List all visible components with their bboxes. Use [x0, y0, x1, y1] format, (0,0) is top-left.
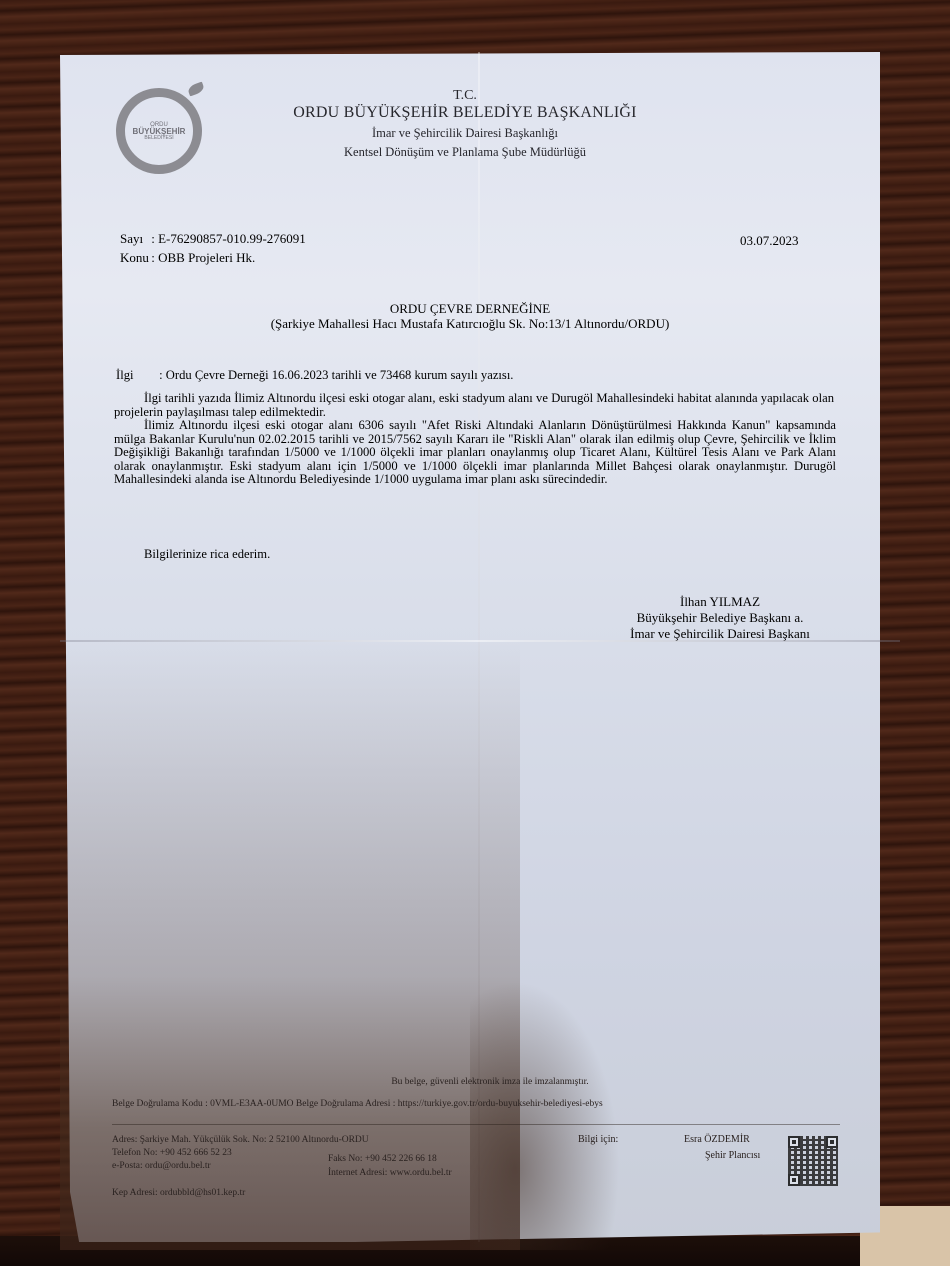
- header-department: İmar ve Şehircilik Dairesi Başkanlığı: [250, 126, 680, 141]
- footer-fax: Faks No: +90 452 226 66 18: [328, 1153, 437, 1166]
- info-label: Bilgi için:: [578, 1134, 618, 1147]
- e-signature-note: Bu belge, güvenli elektronik imza ile im…: [250, 1077, 730, 1087]
- qr-finder-icon: [826, 1136, 838, 1148]
- closing-line: Bilgilerinize rica ederim.: [144, 547, 270, 562]
- contact-title: Şehir Plancısı: [705, 1150, 760, 1163]
- contact-name: Esra ÖZDEMİR: [684, 1134, 750, 1147]
- reference-text: : Ordu Çevre Derneği 16.06.2023 tarihli …: [159, 368, 513, 382]
- sayi-label: Sayı: [120, 231, 148, 247]
- header-organization: ORDU BÜYÜKŞEHİR BELEDİYE BAŞKANLIĞI: [250, 104, 680, 122]
- footer-kep[interactable]: Kep Adresi: ordubbld@hs01.kep.tr: [112, 1187, 245, 1200]
- vertical-fold-line: [478, 52, 480, 1242]
- municipality-logo-icon: ORDU BÜYÜKŞEHİR BELEDİYESİ: [116, 88, 202, 174]
- body-paragraph-2: İlimiz Altınordu ilçesi eski otogar alan…: [114, 419, 836, 487]
- recipient-name: ORDU ÇEVRE DERNEĞİNE: [200, 301, 740, 317]
- konu-label: Konu: [120, 250, 148, 266]
- sayi-value: : E-76290857-010.99-276091: [151, 231, 306, 246]
- footer-website[interactable]: İnternet Adresi: www.ordu.bel.tr: [328, 1167, 452, 1180]
- recipient-address: (Şarkiye Mahallesi Hacı Mustafa Katırcıo…: [200, 316, 740, 332]
- signatory-title-2: İmar ve Şehircilik Dairesi Başkanı: [600, 626, 840, 642]
- document-subject: Konu : OBB Projeleri Hk.: [120, 250, 255, 266]
- qr-finder-icon: [788, 1174, 800, 1186]
- reference-line: İlgi : Ordu Çevre Derneği 16.06.2023 tar…: [116, 368, 513, 383]
- document-date: 03.07.2023: [740, 233, 799, 249]
- body-paragraph-1: İlgi tarihli yazıda İlimiz Altınordu ilç…: [114, 392, 834, 419]
- qr-finder-icon: [788, 1136, 800, 1148]
- verification-line[interactable]: Belge Doğrulama Kodu : 0VML-E3AA-0UMO Be…: [112, 1099, 603, 1109]
- footer-email[interactable]: e-Posta: ordu@ordu.bel.tr: [112, 1160, 211, 1173]
- konu-value: : OBB Projeleri Hk.: [151, 250, 255, 265]
- reference-label: İlgi: [116, 368, 156, 383]
- footer-separator: [112, 1124, 840, 1125]
- footer-address: Adres: Şarkiye Mah. Yükçülük Sok. No: 2 …: [112, 1134, 369, 1147]
- footer-phone: Telefon No: +90 452 666 52 23: [112, 1147, 232, 1160]
- signatory-name: İlhan YILMAZ: [600, 594, 840, 610]
- document-number: Sayı : E-76290857-010.99-276091: [120, 231, 306, 247]
- logo-text-belediyesi: BELEDİYESİ: [144, 136, 173, 141]
- qr-code-icon: [788, 1136, 838, 1186]
- header-unit: Kentsel Dönüşüm ve Planlama Şube Müdürlü…: [250, 145, 680, 160]
- header-tc: T.C.: [250, 88, 680, 104]
- signatory-title-1: Büyükşehir Belediye Başkanı a.: [600, 610, 840, 626]
